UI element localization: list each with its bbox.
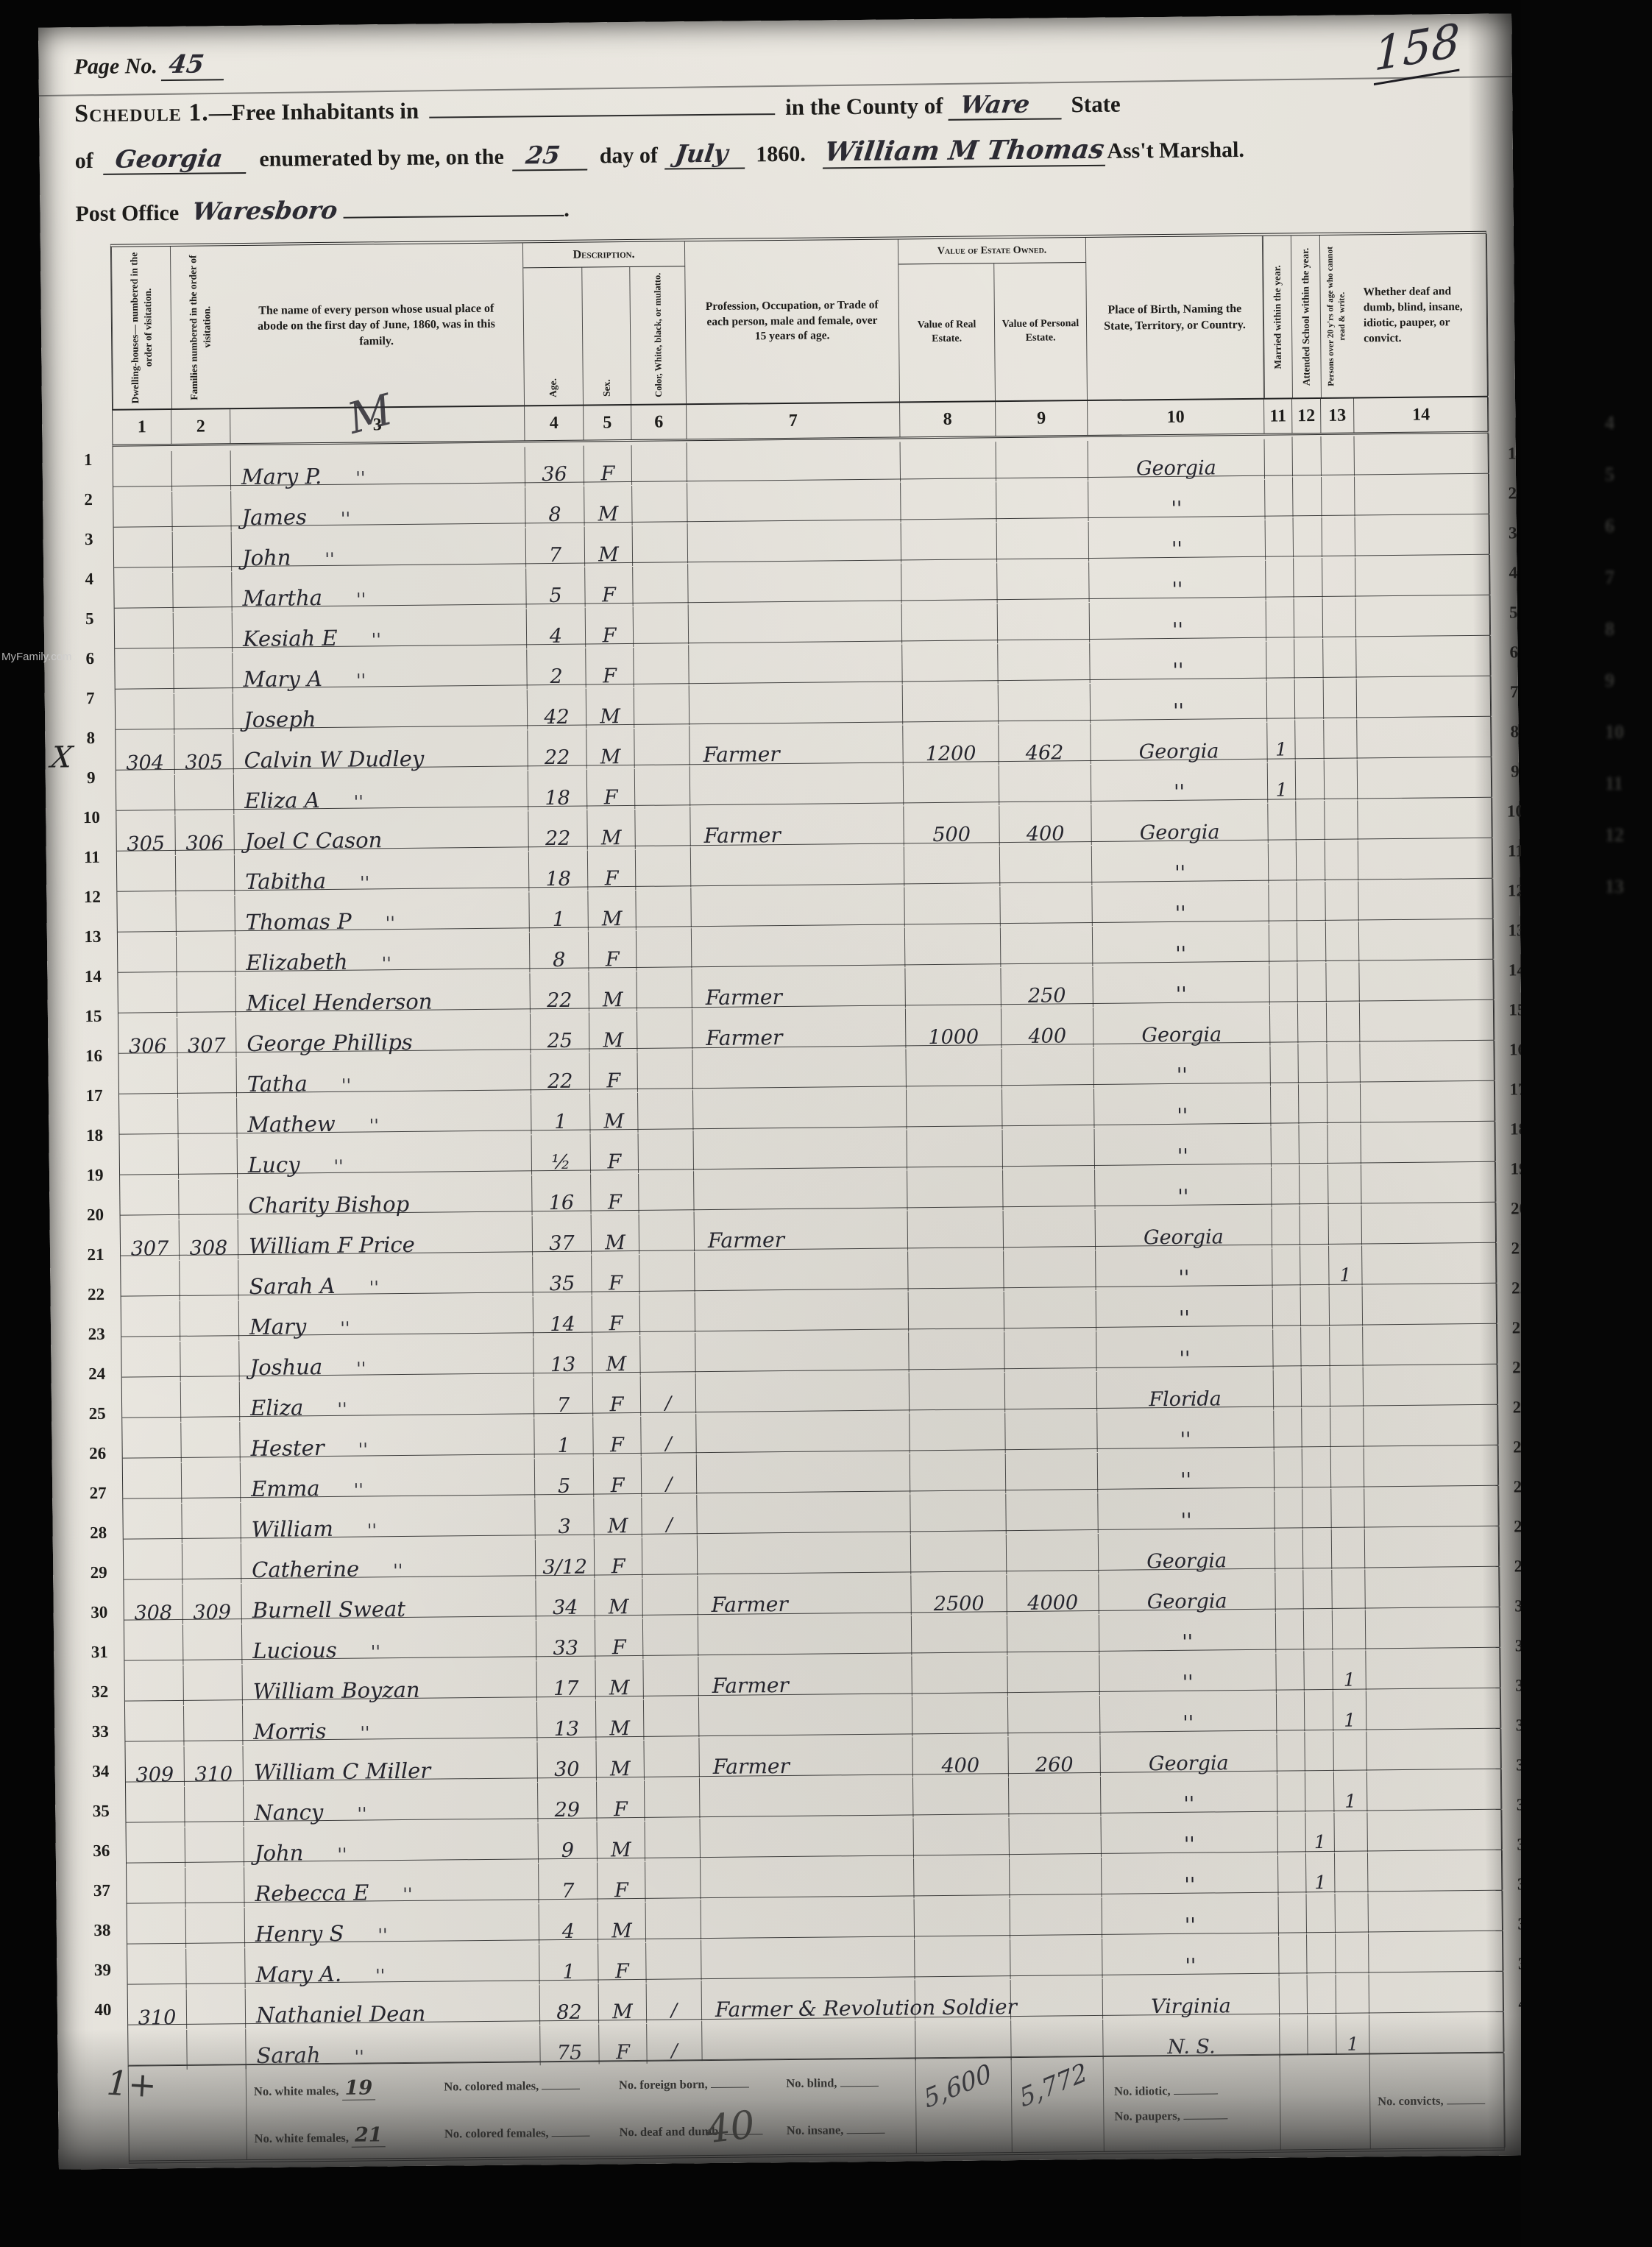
cell-family [175,774,235,815]
cell-age: ½ [532,1134,592,1175]
cell-sex: M [590,1093,639,1133]
cell-occupation: Farmer [689,725,904,767]
row-number: 39 [86,1950,119,1990]
cell-illiterate [1333,1731,1367,1771]
schedule-title: Schedule 1. [74,99,209,129]
year-value: 1860. [756,142,806,168]
cell-age: 4 [539,1903,599,1943]
cell-illiterate [1335,1893,1369,1933]
cell-occupation [687,442,901,484]
cell-personal-estate [999,765,1092,805]
cell-dwelling: 308 [124,1585,183,1625]
cell-condition [1368,1850,1503,1892]
cell-age: 7 [539,1862,598,1903]
cell-sex: M [599,1984,648,2024]
cell-occupation [701,1899,915,1941]
cell-married [1264,436,1293,476]
post-office-label: Post Office [75,201,179,227]
cell-birthplace: '' [1093,966,1270,1007]
cell-real-estate [908,1251,1004,1292]
cell-color [635,766,691,807]
ghost-number: 11 [1605,773,1624,795]
cell-color [633,523,689,564]
cell-dwelling [121,1342,181,1382]
cell-condition [1356,595,1492,637]
cell-personal-estate [997,562,1090,603]
cell-school [1307,1934,1336,1974]
cell-personal-estate [999,684,1091,724]
cell-real-estate: 2500 [911,1575,1007,1616]
cell-color: / [642,1454,698,1495]
cell-sex: F [589,1052,638,1093]
cell-illiterate [1328,1164,1362,1204]
cell-illiterate [1336,1933,1369,1973]
cell-condition [1363,1324,1498,1365]
cell-occupation [696,1373,910,1415]
cell-personal-estate [1002,1089,1095,1129]
cell-personal-estate: 4000 [1007,1574,1099,1615]
cell-dwelling [121,1261,180,1301]
cell-condition [1364,1405,1499,1446]
cell-dwelling [121,1301,181,1342]
cell-illiterate: 1 [1329,1245,1363,1285]
cell-married: 1 [1267,720,1296,760]
cell-birthplace: '' [1095,1128,1272,1169]
of-line: of Georgia enumerated by me, on the 25 d… [75,130,1473,176]
cell-school [1302,1408,1331,1448]
cell-dwelling [117,856,177,896]
cell-color: / [647,2021,703,2062]
cell-personal-estate [1007,1534,1099,1574]
cell-school [1299,1125,1328,1164]
cell-illiterate [1326,963,1360,1002]
ghost-number: 4 [1605,412,1624,434]
cell-condition [1361,1162,1497,1203]
cell-dwelling: 304 [116,735,175,775]
ghost-number: 6 [1605,515,1624,537]
cell-school [1301,1287,1330,1326]
cell-personal-estate [1005,1412,1098,1453]
cell-illiterate [1323,639,1357,679]
cell-school [1302,1367,1331,1407]
cell-married [1269,963,1298,1002]
row-number: 11 [76,838,109,877]
cell-dwelling [114,573,174,613]
cell-age: 4 [527,608,586,648]
cell-color [644,1738,700,1778]
cell-family [180,1301,240,1341]
cell-illiterate [1332,1529,1366,1568]
col-personalestate-header: Value of Personal Estate. [994,263,1088,400]
cell-illiterate [1323,598,1357,638]
cell-occupation [701,1939,915,1981]
cell-personal-estate [997,522,1090,562]
cell-married [1274,1408,1302,1448]
cell-condition [1361,1203,1497,1244]
cell-family [173,531,233,572]
cell-married [1269,882,1297,921]
cell-personal-estate: 400 [1002,1008,1094,1048]
cell-sex: M [585,526,634,567]
cell-color [643,1657,699,1697]
cell-sex: F [598,1862,646,1903]
cell-age: 37 [533,1215,592,1256]
cell-birthplace: '' [1102,1856,1279,1897]
cell-illiterate [1336,1974,1370,2014]
page-no-label: Page No. [74,54,157,79]
cell-color [645,1778,701,1819]
cell-personal-estate [1005,1372,1098,1412]
cell-family [173,572,233,612]
cell-school [1294,639,1324,679]
cell-birthplace: '' [1091,763,1269,804]
row-number: 30 [82,1593,116,1632]
cell-family: 308 [180,1220,239,1260]
row-number: 23 [80,1314,113,1354]
schedule-line: Schedule 1. —Free Inhabitants in in the … [74,82,1472,129]
cell-occupation [694,1170,908,1212]
cell-birthplace: '' [1096,1289,1274,1331]
col-sex-header: Sex. [582,267,631,405]
cell-age: 1 [529,891,589,932]
cell-real-estate [902,604,999,644]
cell-illiterate [1330,1407,1364,1447]
cell-illiterate: 1 [1336,2014,1370,2054]
row-number: 33 [84,1712,117,1752]
cell-real-estate [910,1373,1006,1413]
cell-age: 1 [534,1418,594,1458]
cell-school [1298,1044,1327,1083]
cell-sex: M [589,972,637,1012]
cell-color [632,483,688,523]
page-number-line: Page No. 45 [74,49,226,82]
cell-dwelling: 307 [121,1220,180,1261]
cell-dwelling [113,451,173,492]
cell-color [638,1090,694,1130]
row-number: 19 [79,1156,112,1195]
cell-color [642,1576,698,1616]
cell-family [172,450,232,491]
cell-occupation [697,1454,911,1496]
day-value: 25 [512,140,591,171]
cell-birthplace: '' [1097,1411,1275,1452]
cell-married [1275,1570,1304,1610]
cell-dwelling [122,1423,182,1463]
cell-family [172,491,232,531]
cell-occupation [691,846,905,888]
cell-illiterate [1331,1448,1365,1487]
cell-school [1305,1691,1334,1731]
cell-condition [1356,636,1492,677]
cell-school [1304,1651,1333,1691]
ghost-number: 12 [1605,824,1624,846]
cell-illiterate [1321,436,1355,476]
cell-condition [1366,1648,1501,1689]
cell-married [1266,598,1295,638]
row-number: 17 [78,1076,111,1116]
ghost-number: 13 [1605,876,1624,898]
cell-sex: M [588,891,637,931]
cell-school [1300,1165,1329,1205]
cell-married [1272,1206,1301,1245]
cell-age: 35 [533,1256,592,1296]
cell-color [633,564,689,604]
cell-married [1273,1287,1302,1326]
cell-color [634,645,689,685]
cell-illiterate [1326,922,1360,962]
cell-real-estate: 400 [912,1737,1009,1777]
totals-row: No. white males, 19 No. colored males, N… [128,2053,1505,2164]
cell-color: / [641,1414,697,1454]
cell-color [634,604,689,645]
cell-real-estate [911,1535,1007,1575]
cell-age: 7 [526,527,586,567]
cell-color: / [647,1981,703,2021]
cell-birthplace: '' [1101,1775,1278,1816]
cell-occupation [695,1332,910,1374]
cell-married [1276,1651,1305,1691]
cell-birthplace: '' [1088,480,1266,521]
idiotic-paupers-labels: No. idiotic, No. paupers, [1104,2056,1281,2151]
cell-personal-estate [1004,1291,1097,1331]
cell-birthplace: '' [1093,925,1270,966]
cell-occupation: Farmer [698,1656,912,1698]
cell-personal-estate [1000,846,1093,886]
cell-age: 3 [535,1498,595,1539]
cell-personal-estate [1009,1817,1102,1858]
cell-sex: F [595,1538,643,1579]
cell-illiterate [1325,882,1359,921]
ghost-number: 10 [1605,721,1624,743]
ghost-page-numbers: 45678910111213 [1605,412,1624,898]
cell-dwelling [117,896,177,937]
cell-sex: F [586,607,634,648]
row-number: 32 [84,1672,117,1712]
cell-family [185,1786,244,1827]
row-number: 31 [83,1632,116,1672]
cell-color [635,807,691,847]
cell-personal-estate: 462 [999,724,1091,765]
cell-dwelling [119,1058,179,1099]
cell-birthplace: Georgia [1096,1209,1273,1250]
cell-family [180,1260,239,1301]
cell-condition [1357,676,1492,718]
cell-real-estate: 1000 [906,1008,1002,1049]
cell-married [1275,1529,1304,1569]
census-page: Page No. 45 158 Schedule 1. —Free Inhabi… [38,13,1532,2169]
cell-married [1266,558,1294,598]
row-number: 27 [82,1473,115,1513]
cell-sex: F [593,1417,642,1457]
table-header: Dwelling-houses— numbered in the order o… [110,231,1488,411]
cell-illiterate [1325,841,1359,881]
cell-married: 1 [1268,760,1297,800]
cell-age: 22 [528,810,588,851]
cell-real-estate: 500 [904,806,1000,846]
cell-family [177,977,236,1017]
cell-illiterate [1332,1569,1366,1609]
cell-age: 13 [537,1701,597,1741]
cell-dwelling [127,1827,186,1868]
cell-occupation [697,1494,911,1536]
cell-family [179,1179,238,1220]
row-number: 22 [79,1275,113,1314]
cell-school [1294,517,1323,557]
row-number: 4 [73,559,106,599]
cell-occupation: Farmer [692,968,906,1010]
cell-color [639,1130,695,1171]
cell-family [187,2029,247,2070]
row-number: 38 [86,1911,119,1950]
cell-real-estate [915,2020,1012,2061]
cell-family [183,1665,243,1705]
cell-married [1276,1610,1305,1650]
cell-condition [1364,1486,1500,1527]
cell-birthplace: '' [1102,1937,1280,1978]
table-rows: Mary P.''36FGeorgiaJames''8M''John''7M''… [113,434,1504,2066]
cell-school [1295,720,1325,760]
col-illiterate-header: Persons over 20 y'rs of age who cannot r… [1319,236,1354,397]
cell-family [187,1989,247,2029]
cell-color [639,1252,695,1292]
cell-personal-estate [1006,1453,1099,1493]
cell-personal-estate [1004,1210,1096,1250]
cell-real-estate [910,1413,1006,1454]
cell-birthplace: '' [1102,1897,1280,1938]
cell-birthplace: '' [1099,1613,1277,1655]
cell-occupation [693,1089,907,1131]
cell-sex: M [594,1498,642,1538]
cell-personal-estate: 400 [999,805,1092,846]
cell-color [634,726,690,766]
cell-family: 309 [182,1584,242,1624]
row-number: 16 [77,1036,110,1076]
cell-family [176,896,235,936]
post-office-value: Waresboro [191,196,339,226]
cell-occupation [699,1696,913,1738]
cell-occupation: Farmer [698,1575,912,1617]
cell-illiterate [1322,517,1356,557]
cell-sex: F [592,1295,641,1336]
cell-sex: F [595,1619,644,1660]
cell-birthplace: '' [1092,844,1269,885]
cell-school [1294,598,1324,638]
cell-married [1278,1894,1307,1933]
cell-illiterate [1335,1853,1369,1892]
cell-color [640,1333,696,1373]
ghost-number: 9 [1605,670,1624,692]
cell-real-estate [913,1818,1010,1858]
cell-family: 310 [185,1746,244,1786]
cell-age: 7 [534,1377,594,1418]
cell-condition [1359,919,1495,960]
cell-age: 75 [540,2024,600,2064]
cell-sex: M [592,1336,641,1376]
row-number: 6 [74,639,107,679]
cell-condition [1359,960,1495,1001]
cell-condition [1368,1891,1503,1932]
description-group-header: Description. [523,241,685,268]
cell-illiterate [1325,801,1358,841]
col-married-header: Married within the year. [1263,236,1292,397]
cell-color [632,442,688,483]
cell-sex: F [592,1255,640,1295]
cell-age: 18 [528,770,588,810]
cell-age: 8 [525,486,585,527]
cell-married [1278,1853,1307,1893]
cell-dwelling [124,1666,184,1706]
cell-dwelling [127,1868,186,1908]
cell-real-estate [906,1049,1002,1089]
row-number: 13 [77,917,110,957]
col-realestate-header: Value of Real Estate. [898,263,996,401]
col-condition-header: Whether deaf and dumb, blind, insane, id… [1353,234,1489,397]
cell-dwelling: 305 [116,815,176,856]
cell-married [1277,1772,1306,1812]
cell-school [1308,1975,1337,2014]
cell-married [1275,1448,1303,1488]
cell-personal-estate [1000,886,1093,927]
cell-occupation [691,887,905,929]
cell-family [182,1462,241,1503]
cell-married [1269,841,1297,881]
state-label: State [1071,91,1120,118]
cell-dwelling [118,937,177,977]
watermark: MyFamily.com [1,651,72,663]
row-number: 7 [74,679,107,718]
cell-school [1299,1084,1328,1124]
cell-dwelling: 310 [128,1989,188,2030]
marshal-title: Ass't Marshal. [1107,138,1244,163]
cell-real-estate [910,1454,1007,1494]
cell-age: 29 [538,1782,598,1822]
cell-occupation [692,1049,907,1091]
cell-family [181,1381,241,1422]
cell-sex: F [594,1457,642,1498]
cell-married [1266,517,1294,557]
cell-age: 34 [536,1579,595,1620]
cell-sex: F [586,648,634,688]
cell-school [1305,1772,1335,1812]
cell-real-estate [904,846,1001,887]
cell-birthplace: Georgia [1091,804,1269,845]
cell-family: 305 [174,734,234,774]
cell-family [178,1058,238,1098]
cell-personal-estate [1001,927,1093,967]
row-number: 8 [74,718,107,758]
cell-personal-estate [1010,1939,1103,1979]
cell-birthplace: '' [1090,601,1267,643]
cell-illiterate [1324,720,1358,760]
cell-color [646,1940,702,1981]
cell-color [646,1900,702,1940]
cell-illiterate [1324,679,1358,719]
cell-school: 1 [1305,1813,1335,1853]
cell-sex: M [598,1822,646,1862]
cell-illiterate: 1 [1333,1691,1367,1730]
cell-condition [1362,1243,1497,1284]
cell-condition [1358,757,1493,799]
cell-family [179,1139,238,1179]
cell-birthplace: N. S. [1103,2018,1280,2059]
cell-birthplace: Florida [1097,1370,1275,1412]
cell-family [178,1098,238,1139]
cell-personal-estate [1003,1169,1096,1210]
post-office-blank [343,191,564,219]
cell-dwelling [120,1180,180,1220]
cell-school [1297,882,1326,921]
cell-age: 22 [530,972,589,1013]
